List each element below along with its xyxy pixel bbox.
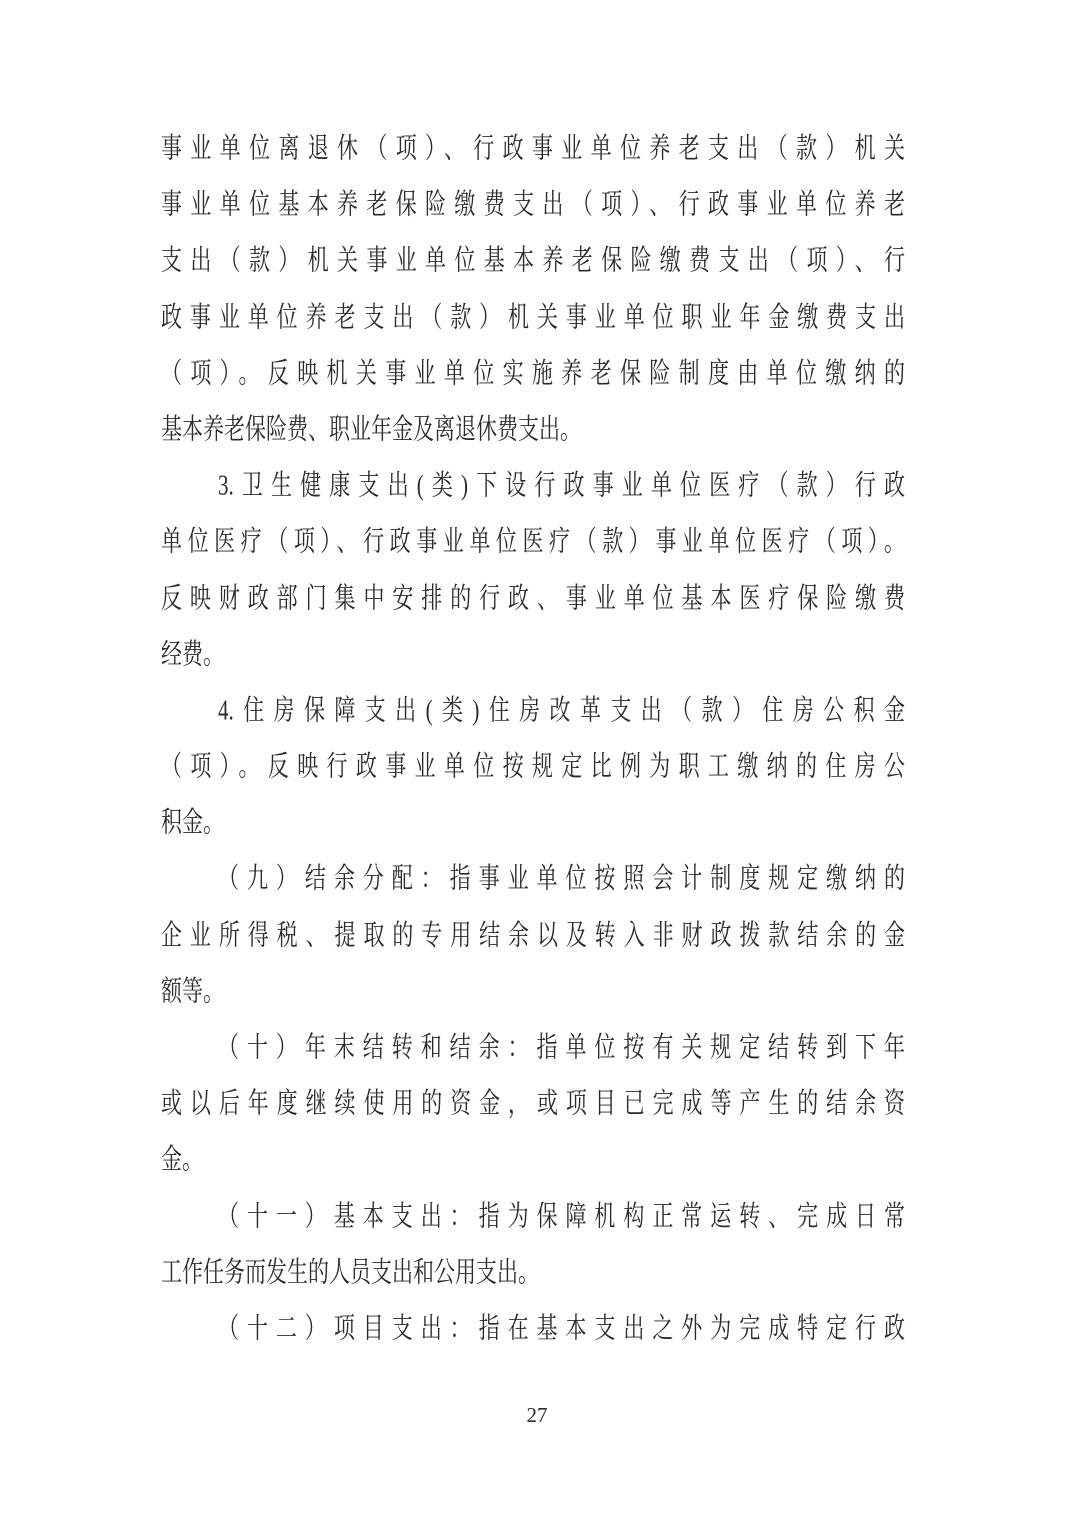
text-line: （十二）项目支出：指在基本支出之外为完成特定行政 [161, 1290, 905, 1366]
document-body: 事业单位离退休（项）、行政事业单位养老支出（款）机关 事业单位基本养老保险缴费支… [161, 120, 905, 1356]
document-page: 事业单位离退休（项）、行政事业单位养老支出（款）机关 事业单位基本养老保险缴费支… [0, 0, 1074, 1520]
page-number: 27 [0, 1400, 1074, 1430]
